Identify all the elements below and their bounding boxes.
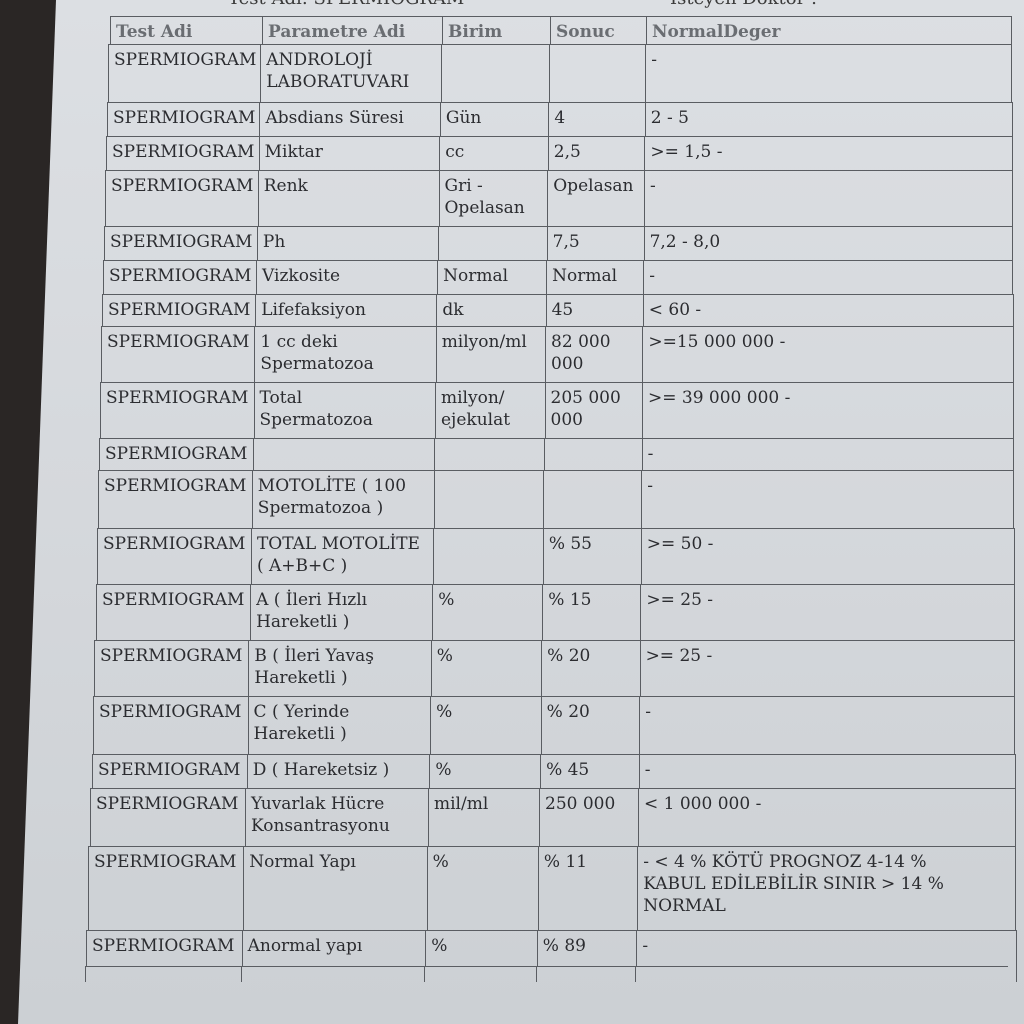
parameter-cell bbox=[253, 439, 435, 471]
normal-value-cell: - < 4 % KÖTÜ PROGNOZ 4-14 % KABUL EDİLEB… bbox=[637, 847, 1016, 931]
table-row: SPERMIOGRAMB ( İleri Yavaş Hareketli )%%… bbox=[94, 640, 1015, 696]
table-row: SPERMIOGRAMMiktarcc2,5>= 1,5 - bbox=[106, 136, 1013, 170]
result-cell: 2,5 bbox=[548, 137, 645, 171]
table-column-line bbox=[241, 966, 242, 982]
unit-cell: Normal bbox=[437, 261, 546, 295]
table-row: SPERMIOGRAMTOTAL MOTOLİTE ( A+B+C )% 55>… bbox=[97, 528, 1015, 584]
table-row: SPERMIOGRAMMOTOLİTE ( 100 Spermatozoa )- bbox=[98, 470, 1014, 528]
test-name-cell: SPERMIOGRAM bbox=[88, 847, 243, 931]
unit-cell: Gün bbox=[440, 103, 548, 137]
normal-value-cell: >=15 000 000 - bbox=[642, 327, 1013, 383]
parameter-cell: Miktar bbox=[259, 137, 440, 171]
normal-value-cell: - bbox=[644, 171, 1013, 227]
result-cell bbox=[549, 45, 645, 103]
test-name-cell: SPERMIOGRAM bbox=[93, 697, 248, 755]
parameter-cell: Yuvarlak Hücre Konsantrasyonu bbox=[245, 789, 428, 847]
table-row: SPERMIOGRAMRenkGri - OpelasanOpelasan- bbox=[105, 170, 1013, 226]
result-cell: Normal bbox=[546, 261, 643, 295]
test-name-cell: SPERMIOGRAM bbox=[92, 755, 247, 789]
table-row: SPERMIOGRAM1 cc deki Spermatozoamilyon/m… bbox=[101, 326, 1014, 382]
result-cell: 45 bbox=[546, 295, 643, 327]
test-name-cell: SPERMIOGRAM bbox=[97, 529, 251, 585]
unit-cell: milyon/ ejekulat bbox=[435, 383, 545, 439]
unit-cell: cc bbox=[439, 137, 548, 171]
test-name-cell: SPERMIOGRAM bbox=[90, 789, 245, 847]
test-name-cell: SPERMIOGRAM bbox=[96, 585, 250, 641]
normal-value-cell: - bbox=[642, 439, 1015, 471]
table-row: SPERMIOGRAMTotal Spermatozoamilyon/ ejek… bbox=[100, 382, 1014, 438]
result-cell: % 20 bbox=[541, 697, 640, 755]
parameter-cell: B ( İleri Yavaş Hareketli ) bbox=[248, 641, 430, 697]
table-column-line bbox=[635, 966, 636, 982]
parameter-cell: Renk bbox=[258, 171, 439, 227]
unit-cell: dk bbox=[436, 295, 545, 327]
test-name-cell: SPERMIOGRAM bbox=[100, 383, 254, 439]
test-name-cell: SPERMIOGRAM bbox=[105, 171, 258, 227]
column-header-result: Sonuc bbox=[550, 17, 646, 45]
parameter-cell: 1 cc deki Spermatozoa bbox=[254, 327, 435, 383]
result-cell: 7,5 bbox=[547, 227, 644, 261]
result-cell: % 11 bbox=[538, 847, 637, 931]
result-cell: Opelasan bbox=[547, 171, 644, 227]
unit-cell bbox=[434, 471, 544, 529]
unit-cell: % bbox=[425, 931, 537, 967]
table-row: SPERMIOGRAMA ( İleri Hızlı Hareketli )%%… bbox=[96, 584, 1015, 640]
column-header-normal: NormalDeger bbox=[646, 17, 1012, 45]
column-header-param: Parametre Adi bbox=[262, 17, 442, 45]
normal-value-cell: - bbox=[636, 931, 1016, 967]
table-row: SPERMIOGRAMPh7,57,2 - 8,0 bbox=[104, 226, 1013, 260]
normal-value-cell: >= 25 - bbox=[640, 641, 1016, 697]
normal-value-cell: >= 39 000 000 - bbox=[642, 383, 1014, 439]
unit-cell: % bbox=[430, 697, 541, 755]
test-name-header: Test Adı: SPERMİOGRAM bbox=[228, 0, 464, 9]
parameter-cell: Anormal yapı bbox=[242, 931, 426, 967]
unit-cell: Gri - Opelasan bbox=[439, 171, 548, 227]
result-cell: % 15 bbox=[542, 585, 640, 641]
result-cell: 205 000 000 bbox=[545, 383, 643, 439]
unit-cell bbox=[438, 227, 547, 261]
result-cell: 250 000 bbox=[539, 789, 638, 847]
parameter-cell: Total Spermatozoa bbox=[254, 383, 436, 439]
table-row: SPERMIOGRAMYuvarlak Hücre Konsantrasyonu… bbox=[90, 788, 1016, 846]
normal-value-cell: - bbox=[639, 755, 1016, 789]
normal-value-cell: - bbox=[639, 697, 1015, 755]
parameter-cell: C ( Yerinde Hareketli ) bbox=[248, 697, 431, 755]
test-name-cell: SPERMIOGRAM bbox=[106, 137, 259, 171]
table-row: SPERMIOGRAMVizkositeNormalNormal- bbox=[103, 260, 1013, 294]
result-cell: 4 bbox=[548, 103, 644, 137]
table-row: SPERMIOGRAMAbsdians SüresiGün42 - 5 bbox=[107, 102, 1013, 136]
table-bottom-border bbox=[86, 966, 1008, 967]
unit-cell: % bbox=[431, 641, 541, 697]
unit-cell: mil/ml bbox=[428, 789, 539, 847]
table-column-line bbox=[536, 966, 537, 982]
parameter-cell: Ph bbox=[257, 227, 438, 261]
table-column-line bbox=[1016, 966, 1017, 982]
test-name-cell: SPERMIOGRAM bbox=[104, 227, 257, 261]
column-header-test: Test Adi bbox=[110, 17, 262, 45]
unit-cell: milyon/ml bbox=[436, 327, 545, 383]
normal-value-cell: 2 - 5 bbox=[645, 103, 1013, 137]
result-cell: % 55 bbox=[543, 529, 641, 585]
document-paper: Test Adı: SPERMİOGRAM İsteyen Doktor : T… bbox=[0, 0, 1024, 1024]
table-header-row: Test AdiParametre AdiBirimSonucNormalDeg… bbox=[110, 16, 1012, 44]
normal-value-cell: >= 50 - bbox=[641, 529, 1015, 585]
table-row: SPERMIOGRAMC ( Yerinde Hareketli )%% 20- bbox=[93, 696, 1015, 754]
test-name-cell: SPERMIOGRAM bbox=[99, 439, 253, 471]
normal-value-cell: - bbox=[645, 45, 1012, 103]
unit-cell: % bbox=[427, 847, 538, 931]
parameter-cell: ANDROLOJİ LABORATUVARI bbox=[260, 45, 440, 103]
parameter-cell: TOTAL MOTOLİTE ( A+B+C ) bbox=[251, 529, 433, 585]
table-column-line bbox=[424, 966, 425, 982]
parameter-cell: Vizkosite bbox=[256, 261, 437, 295]
unit-cell: % bbox=[429, 755, 540, 789]
normal-value-cell: < 1 000 000 - bbox=[638, 789, 1016, 847]
parameter-cell: A ( İleri Hızlı Hareketli ) bbox=[250, 585, 432, 641]
test-name-cell: SPERMIOGRAM bbox=[94, 641, 248, 697]
parameter-cell: Normal Yapı bbox=[243, 847, 426, 931]
parameter-cell: D ( Hareketsiz ) bbox=[247, 755, 430, 789]
unit-cell bbox=[441, 45, 549, 103]
test-name-cell: SPERMIOGRAM bbox=[108, 45, 260, 103]
table-row: SPERMIOGRAMANDROLOJİ LABORATUVARI- bbox=[108, 44, 1012, 102]
result-cell bbox=[543, 471, 641, 529]
test-name-cell: SPERMIOGRAM bbox=[86, 931, 242, 967]
table-row: SPERMIOGRAMLifefaksiyondk45< 60 - bbox=[102, 294, 1014, 326]
parameter-cell: Lifefaksiyon bbox=[255, 295, 436, 327]
requesting-doctor-header: İsteyen Doktor : bbox=[670, 0, 817, 9]
table-row: SPERMIOGRAMAnormal yapı%% 89- bbox=[86, 930, 1017, 966]
parameter-cell: MOTOLİTE ( 100 Spermatozoa ) bbox=[252, 471, 434, 529]
normal-value-cell: >= 1,5 - bbox=[644, 137, 1012, 171]
table-row: SPERMIOGRAM- bbox=[99, 438, 1014, 470]
normal-value-cell: 7,2 - 8,0 bbox=[644, 227, 1014, 261]
test-name-cell: SPERMIOGRAM bbox=[98, 471, 252, 529]
table-row: SPERMIOGRAMNormal Yapı%% 11- < 4 % KÖTÜ … bbox=[88, 846, 1016, 930]
result-cell: % 20 bbox=[541, 641, 639, 697]
test-name-cell: SPERMIOGRAM bbox=[102, 295, 255, 327]
test-name-cell: SPERMIOGRAM bbox=[107, 103, 259, 137]
result-cell: % 89 bbox=[537, 931, 637, 967]
normal-value-cell: - bbox=[643, 261, 1013, 295]
table-column-line bbox=[85, 966, 86, 982]
normal-value-cell: >= 25 - bbox=[640, 585, 1014, 641]
unit-cell: % bbox=[432, 585, 542, 641]
test-name-cell: SPERMIOGRAM bbox=[103, 261, 256, 295]
unit-cell bbox=[433, 529, 543, 585]
column-header-unit: Birim bbox=[442, 17, 550, 45]
result-cell: % 45 bbox=[540, 755, 639, 789]
unit-cell bbox=[434, 439, 544, 471]
table-row: SPERMIOGRAMD ( Hareketsiz )%% 45- bbox=[92, 754, 1016, 788]
test-name-cell: SPERMIOGRAM bbox=[101, 327, 254, 383]
result-cell: 82 000 000 bbox=[545, 327, 642, 383]
parameter-cell: Absdians Süresi bbox=[259, 103, 439, 137]
result-cell bbox=[544, 439, 642, 471]
normal-value-cell: < 60 - bbox=[643, 295, 1014, 327]
normal-value-cell: - bbox=[641, 471, 1014, 529]
